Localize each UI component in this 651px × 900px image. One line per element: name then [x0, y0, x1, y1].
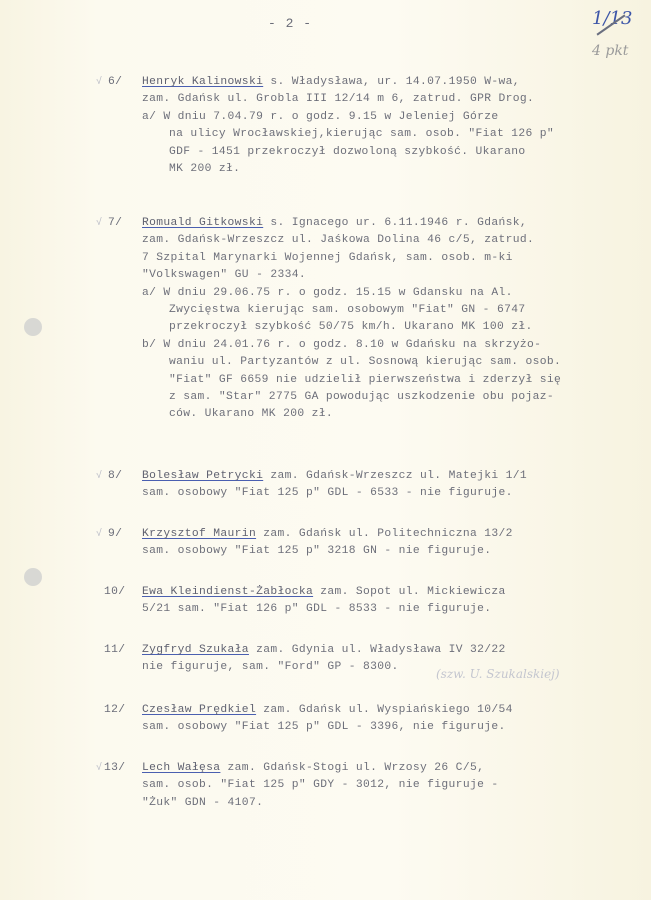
handwritten-reference-top: 1/13 [592, 8, 632, 29]
entry-number: 10/ [104, 584, 138, 601]
entry-line: Henryk Kalinowski s. Władysława, ur. 14.… [142, 74, 622, 91]
person-name: Zygfryd Szukała [142, 644, 249, 656]
entry-line: 7 Szpital Marynarki Wojennej Gdańsk, sam… [142, 250, 622, 267]
incident-line: a/ W dniu 7.04.79 r. o godz. 9.15 w Jele… [142, 109, 622, 126]
entry-line: "Żuk" GDN - 4107. [142, 795, 622, 812]
check-mark-icon: √ [96, 74, 102, 91]
entry-line: sam. osobowy "Fiat 125 p" GDL - 6533 - n… [142, 485, 622, 502]
punch-hole [24, 318, 42, 336]
person-name: Ewa Kleindienst-Żabłocka [142, 586, 313, 598]
entry-body: Krzysztof Maurin zam. Gdańsk ul. Politec… [142, 526, 622, 561]
entry-line: Zygfryd Szukała zam. Gdynia ul. Władysła… [142, 642, 622, 659]
entry-line: Czesław Prędkiel zam. Gdańsk ul. Wyspiań… [142, 702, 622, 719]
incident-line: b/ W dniu 24.01.76 r. o godz. 8.10 w Gda… [142, 337, 622, 354]
check-mark-icon: √ [96, 468, 102, 485]
entry-line: Bolesław Petrycki zam. Gdańsk-Wrzeszcz u… [142, 468, 622, 485]
entry-line: zam. Gdańsk ul. Grobla III 12/14 m 6, za… [142, 91, 622, 108]
handwritten-reference: 1/13 4 pkt [592, 10, 642, 60]
entry-line: Krzysztof Maurin zam. Gdańsk ul. Politec… [142, 526, 622, 543]
entry-number: 11/ [104, 642, 138, 659]
entry-line: sam. osobowy "Fiat 125 p" 3218 GN - nie … [142, 543, 622, 560]
entry-number: 13/ [104, 760, 138, 777]
entry-line: 5/21 sam. "Fiat 126 p" GDL - 8533 - nie … [142, 601, 622, 618]
entry-body: Ewa Kleindienst-Żabłocka zam. Sopot ul. … [142, 584, 622, 619]
entry-body: Romuald Gitkowski s. Ignacego ur. 6.11.1… [142, 215, 622, 424]
person-name: Henryk Kalinowski [142, 76, 263, 88]
person-name: Bolesław Petrycki [142, 470, 263, 482]
entry-body: Zygfryd Szukała zam. Gdynia ul. Władysła… [142, 642, 622, 677]
entry-number: 8/ [108, 468, 142, 485]
person-name: Romuald Gitkowski [142, 217, 263, 229]
person-name: Lech Wałęsa [142, 762, 220, 774]
entry-line: sam. osobowy "Fiat 125 p" GDL - 3396, ni… [142, 719, 622, 736]
page-number: - 2 - [0, 16, 580, 31]
entry-number: 9/ [108, 526, 142, 543]
entry-number: 7/ [108, 215, 142, 232]
incident-line: przekroczył szybkość 50/75 km/h. Ukarano… [142, 319, 622, 336]
incident-line: ców. Ukarano MK 200 zł. [142, 406, 622, 423]
incident-line: MK 200 zł. [142, 161, 622, 178]
entry-body: Henryk Kalinowski s. Władysława, ur. 14.… [142, 74, 622, 178]
entry-line: zam. Gdańsk-Wrzeszcz ul. Jaśkowa Dolina … [142, 232, 622, 249]
incident-line: waniu ul. Partyzantów z ul. Sosnową kier… [142, 354, 622, 371]
incident-line: na ulicy Wrocławskiej,kierując sam. osob… [142, 126, 622, 143]
entry-line: Lech Wałęsa zam. Gdańsk-Stogi ul. Wrzosy… [142, 760, 622, 777]
entry-line: Romuald Gitkowski s. Ignacego ur. 6.11.1… [142, 215, 622, 232]
check-mark-icon: √ [96, 215, 102, 232]
punch-hole [24, 568, 42, 586]
incident-line: Zwycięstwa kierując sam. osobowym "Fiat"… [142, 302, 622, 319]
person-name: Krzysztof Maurin [142, 528, 256, 540]
check-mark-icon: √ [96, 526, 102, 543]
handwritten-reference-bottom: 4 pkt [592, 42, 642, 60]
entry-line: Ewa Kleindienst-Żabłocka zam. Sopot ul. … [142, 584, 622, 601]
document-page: - 2 - 1/13 4 pkt (szw. U. Szukalskiej) √… [0, 0, 651, 900]
entry-number: 6/ [108, 74, 142, 91]
entry-number: 12/ [104, 702, 138, 719]
entry-line: "Volkswagen" GU - 2334. [142, 267, 622, 284]
person-name: Czesław Prędkiel [142, 704, 256, 716]
entry-line: nie figuruje, sam. "Ford" GP - 8300. [142, 659, 622, 676]
check-mark-icon: √ [96, 760, 102, 777]
incident-line: z sam. "Star" 2775 GA powodując uszkodze… [142, 389, 622, 406]
entry-body: Czesław Prędkiel zam. Gdańsk ul. Wyspiań… [142, 702, 622, 737]
entry-body: Bolesław Petrycki zam. Gdańsk-Wrzeszcz u… [142, 468, 622, 503]
incident-line: GDF - 1451 przekroczył dozwoloną szybkoś… [142, 144, 622, 161]
entry-body: Lech Wałęsa zam. Gdańsk-Stogi ul. Wrzosy… [142, 760, 622, 812]
incident-line: "Fiat" GF 6659 nie udzielił pierwszeństw… [142, 372, 622, 389]
incident-line: a/ W dniu 29.06.75 r. o godz. 15.15 w Gd… [142, 285, 622, 302]
entry-line: sam. osob. "Fiat 125 p" GDY - 3012, nie … [142, 777, 622, 794]
